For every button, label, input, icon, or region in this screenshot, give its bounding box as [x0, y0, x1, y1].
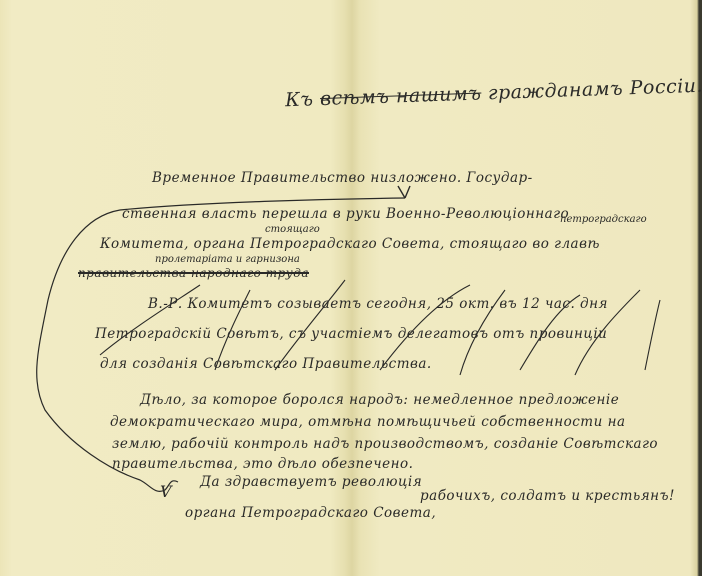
line-6: Петроградскій Совѣтъ, съ участіемъ делег…	[95, 326, 607, 342]
insertion-mark: V	[160, 482, 172, 501]
title-rest: гражданамъ Россіи.	[488, 75, 702, 104]
insertion-below-line3: пролетаріата и гарнизона	[155, 254, 300, 265]
title-struck-words: всѣмъ нашимъ	[320, 82, 482, 110]
line-9: демократическаго мира, отмѣна помѣщичьей…	[110, 414, 626, 430]
insertion-above-line3-a: стоящаго	[265, 224, 320, 235]
line-10: землю, рабочій контроль надъ производств…	[112, 436, 658, 452]
line-4-struck: правительства народнаго труда	[78, 266, 309, 280]
line-3-content: Комитета, органа Петроградскаго Совета, …	[100, 236, 600, 252]
title-prefix: Къ	[285, 88, 314, 111]
manuscript-page: Къ всѣмъ нашимъ гражданамъ Россіи. Време…	[0, 0, 702, 576]
line-13: рабочихъ, солдатъ и крестьянъ!	[420, 488, 675, 504]
line-12: Да здравствуетъ революція	[200, 474, 422, 490]
line-3-visible: Комитета, органа Петроградскаго Совета, …	[100, 236, 600, 252]
line-5: В.-Р. Комитетъ созываетъ сегодня, 25 окт…	[148, 296, 608, 312]
margin-insertion-text: органа Петроградскаго Совета,	[185, 505, 436, 521]
line-1: Временное Правительство низложено. Госуд…	[152, 170, 533, 186]
insertion-above-line3-b: петроградскаго	[560, 214, 647, 225]
document-title: Къ всѣмъ нашимъ гражданамъ Россіи.	[285, 75, 702, 112]
line-11: правительства, это дѣло обезпечено.	[112, 456, 413, 472]
line-7: для созданія Совѣтскаго Правительства.	[100, 356, 432, 372]
line-8: Дѣло, за которое боролся народъ: немедле…	[140, 392, 619, 408]
line-2: ственная власть перешла в руки Военно-Ре…	[122, 206, 569, 222]
